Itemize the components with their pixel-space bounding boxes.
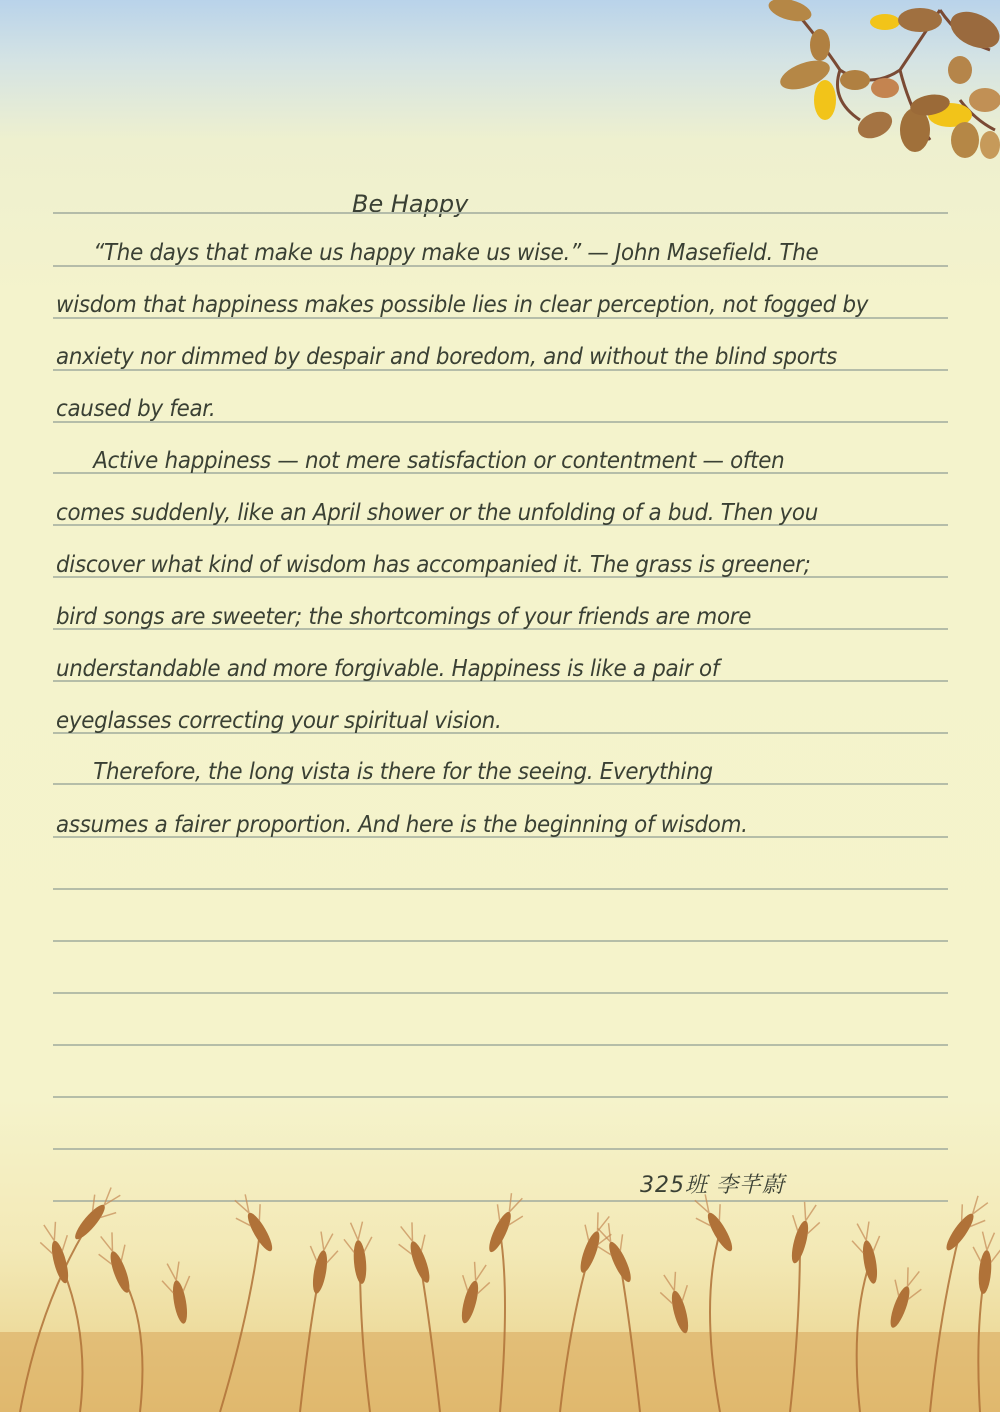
rule-line — [53, 888, 948, 890]
rule-line — [53, 212, 948, 214]
rule-line — [53, 1148, 948, 1150]
text-line: Active happiness — not mere satisfaction… — [56, 448, 886, 474]
text-line: “The days that make us happy make us wis… — [56, 240, 886, 266]
text-line: eyeglasses correcting your spiritual vis… — [56, 708, 886, 734]
autumn-leaves-icon — [760, 0, 1000, 165]
text-line: anxiety nor dimmed by despair and boredo… — [56, 344, 886, 370]
text-line: comes suddenly, like an April shower or … — [56, 500, 886, 526]
wheat-field-icon — [0, 1182, 1000, 1412]
text-line: Therefore, the long vista is there for t… — [56, 759, 886, 785]
rule-line — [53, 940, 948, 942]
rule-line — [53, 1044, 948, 1046]
rule-line — [53, 1096, 948, 1098]
stationery-page: Be Happy “The days that make us happy ma… — [0, 0, 1000, 1412]
text-line: wisdom that happiness makes possible lie… — [56, 292, 886, 318]
text-line: assumes a fairer proportion. And here is… — [56, 812, 886, 838]
text-line: discover what kind of wisdom has accompa… — [56, 552, 886, 578]
text-line: caused by fear. — [56, 396, 886, 422]
text-line: understandable and more forgivable. Happ… — [56, 656, 886, 682]
text-line: bird songs are sweeter; the shortcomings… — [56, 604, 886, 630]
rule-line — [53, 992, 948, 994]
